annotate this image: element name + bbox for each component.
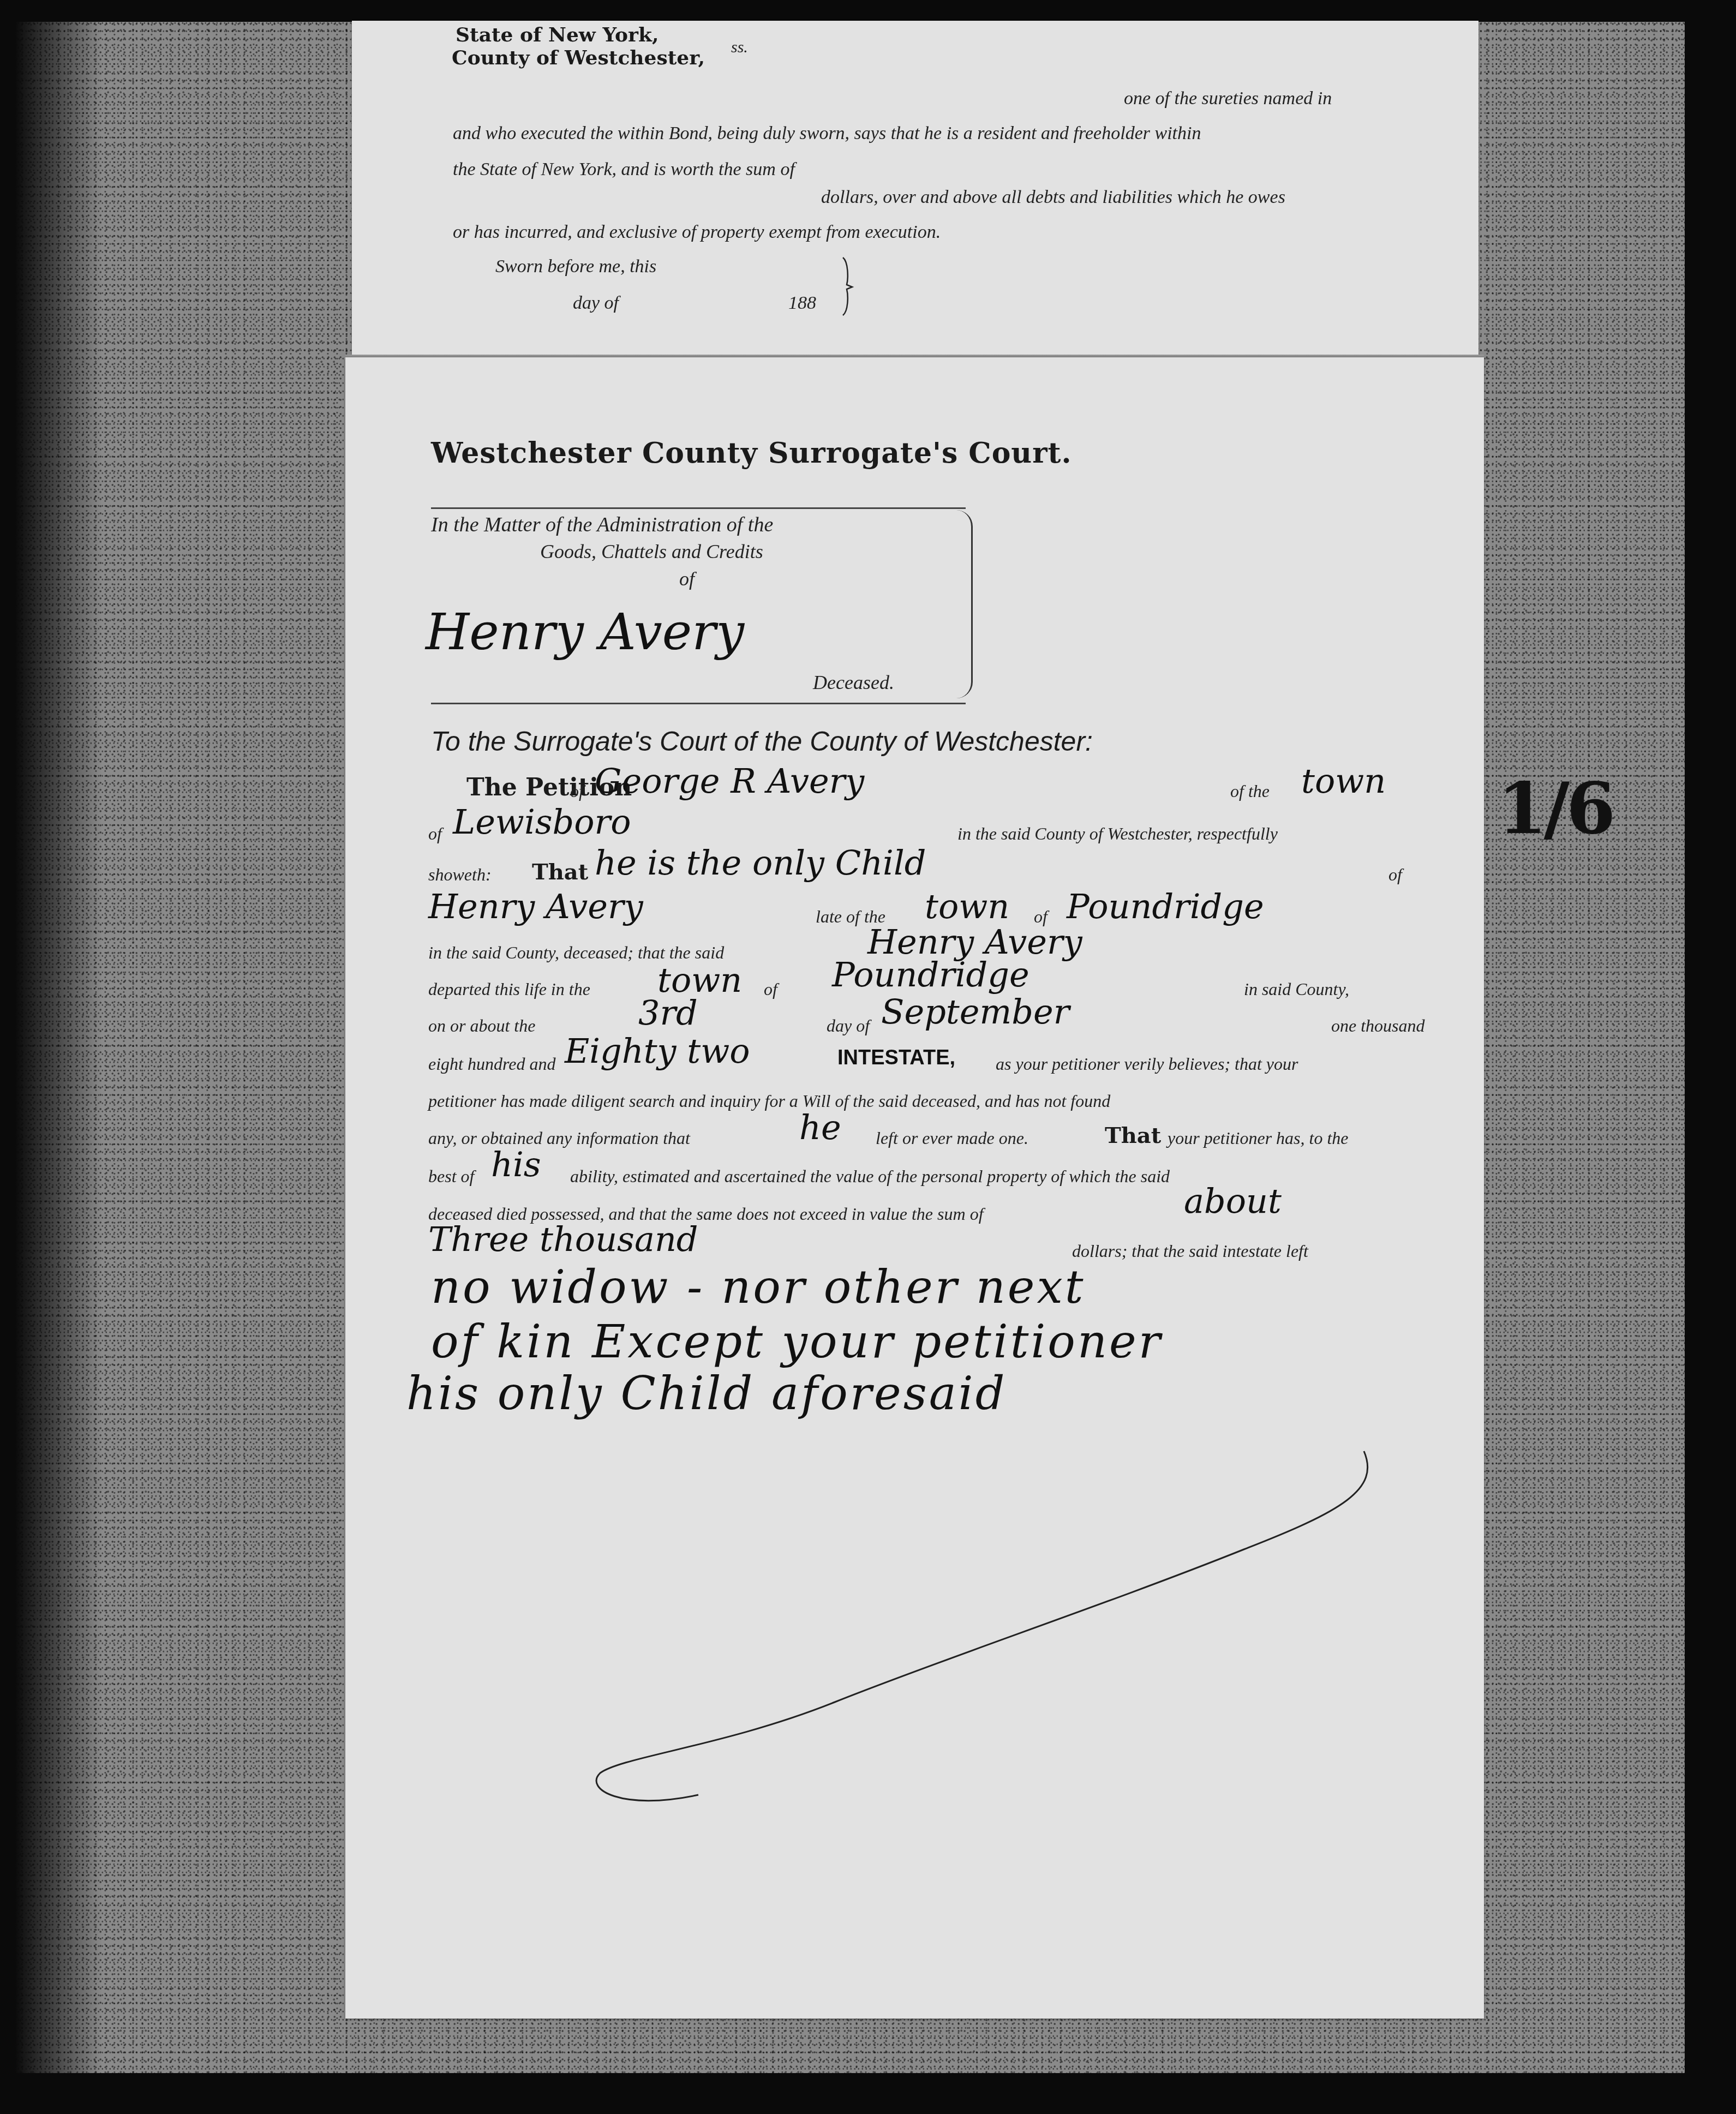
form-text: as your petitioner verily believes; that… xyxy=(996,1054,1298,1074)
bond-line-5: or has incurred, and exclusive of proper… xyxy=(453,222,941,243)
form-text: in the said County of Westchester, respe… xyxy=(957,824,1278,844)
pen-flourish-icon xyxy=(589,1440,1408,1822)
venue-ss: ss. xyxy=(731,38,748,57)
caption-line-3: of xyxy=(679,567,695,590)
form-text: dollars; that the said intestate left xyxy=(1072,1241,1308,1261)
edge-folio-mark: 1/6 xyxy=(1498,766,1612,850)
address-line: To the Surrogate's Court of the County o… xyxy=(431,726,1093,757)
form-text: of xyxy=(1388,865,1402,885)
that-label: That xyxy=(1105,1123,1161,1148)
jurat-brace-icon xyxy=(840,256,857,316)
pronoun-field-2: his xyxy=(491,1145,541,1184)
petitioner-locality-type: town xyxy=(1301,761,1386,801)
petitioner-name: George R Avery xyxy=(595,761,864,801)
form-text: petitioner has made diligent search and … xyxy=(428,1091,1110,1111)
form-text: on or about the xyxy=(428,1016,535,1036)
venue-state: State of New York, xyxy=(456,24,659,46)
jurat-year: 188 xyxy=(788,293,816,314)
form-text: showeth: xyxy=(428,865,492,885)
form-text: departed this life in the xyxy=(428,979,590,999)
jurat-day-of: day of xyxy=(573,293,619,314)
form-text: left or ever made one. xyxy=(876,1128,1028,1148)
death-town: Poundridge xyxy=(832,955,1029,995)
bond-line-3: the State of New York, and is worth the … xyxy=(453,159,795,180)
venue-county: County of Westchester, xyxy=(452,47,705,69)
next-of-kin-line-1: no widow - nor other next xyxy=(431,1260,1086,1314)
death-month: September xyxy=(881,992,1069,1032)
court-title: Westchester County Surrogate's Court. xyxy=(431,436,1072,470)
form-text: of xyxy=(428,824,442,844)
jurat-sworn: Sworn before me, this xyxy=(495,256,656,277)
value-prefix: about xyxy=(1184,1181,1282,1221)
form-text: in said County, xyxy=(1244,979,1349,999)
form-text: your petitioner has, to the xyxy=(1168,1128,1349,1148)
caption-brace-icon xyxy=(955,510,973,698)
caption-deceased-name: Henry Avery xyxy=(426,603,744,661)
form-text: day of xyxy=(827,1016,870,1036)
form-text: any, or obtained any information that xyxy=(428,1128,690,1148)
decedent-name: Henry Avery xyxy=(428,887,643,926)
intestate-label: INTESTATE, xyxy=(837,1046,955,1070)
form-text: of xyxy=(570,781,584,801)
form-text: one thousand xyxy=(1331,1016,1425,1036)
caption-deceased-label: Deceased. xyxy=(813,671,894,694)
caption-line-1: In the Matter of the Administration of t… xyxy=(431,513,773,537)
caption-line-2: Goods, Chattels and Credits xyxy=(540,540,763,563)
petitioner-town: Lewisboro xyxy=(453,802,631,842)
pronoun-field-1: he xyxy=(799,1107,841,1147)
next-of-kin-line-2: of kin Except your petitioner xyxy=(431,1315,1163,1368)
form-text: of the xyxy=(1230,781,1270,801)
decedent-town: Poundridge xyxy=(1067,887,1264,926)
bond-line-1: one of the sureties named in xyxy=(1124,88,1332,109)
relationship-field: he is the only Child xyxy=(595,843,926,883)
that-label: That xyxy=(532,859,588,885)
bond-line-2: and who executed the within Bond, being … xyxy=(453,123,1201,144)
death-day: 3rd xyxy=(638,993,698,1033)
death-year-words: Eighty two xyxy=(565,1031,750,1071)
decedent-locality-type: town xyxy=(925,887,1009,926)
form-text: best of xyxy=(428,1166,474,1187)
bond-line-4: dollars, over and above all debts and li… xyxy=(821,187,1285,208)
form-text: ability, estimated and ascertained the v… xyxy=(570,1166,1170,1187)
value-amount: Three thousand xyxy=(428,1219,698,1259)
next-of-kin-line-3: his only Child aforesaid xyxy=(406,1367,1007,1420)
form-text: eight hundred and xyxy=(428,1054,555,1074)
form-text: of xyxy=(764,979,777,999)
